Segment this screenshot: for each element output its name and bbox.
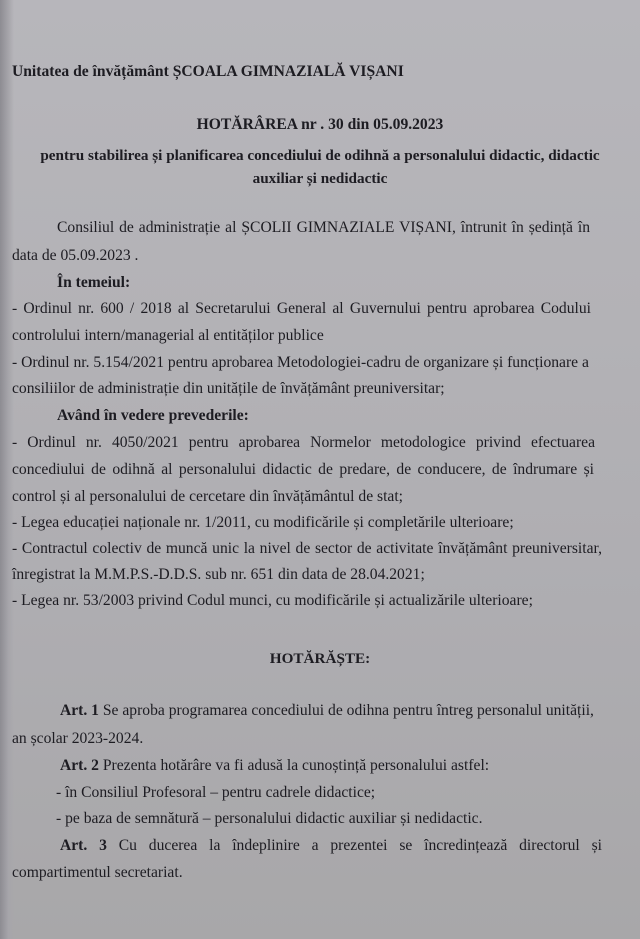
- prevederi-item-2-line1: - Legea educației naționale nr. 1/2011, …: [12, 514, 514, 532]
- prevederi-item-4-line1: - Legea nr. 53/2003 privind Codul munci,…: [12, 592, 533, 610]
- temei-heading: În temeiul:: [57, 274, 130, 292]
- document-subtitle-line2: auxiliar și nedidactic: [0, 170, 640, 188]
- article-2-bullet-2: - pe baza de semnătură – personalului di…: [56, 810, 483, 828]
- prevederi-heading: Având în vedere prevederile:: [57, 407, 249, 425]
- article-3-label: Art. 3: [60, 837, 107, 854]
- article-3-line2: compartimentul secretariat.: [12, 864, 183, 882]
- document-title: HOTĂRÂREA nr . 30 din 05.09.2023: [0, 116, 640, 134]
- article-1-line1: Art. 1 Se aproba programarea concediului…: [60, 702, 594, 720]
- article-3-line1: Art. 3 Cu ducerea la îndeplinire a preze…: [60, 837, 602, 855]
- document-page: Unitatea de învățământ ȘCOALA GIMNAZIALĂ…: [0, 0, 640, 939]
- article-3-text: Cu ducerea la îndeplinire a prezentei se…: [107, 837, 602, 854]
- intro-line1: Consiliul de administrație al ȘCOLII GIM…: [57, 219, 590, 237]
- prevederi-item-3-line1: - Contractul colectiv de muncă unic la n…: [12, 540, 602, 558]
- prevederi-item-1-line2: concediului de odihnă al personalului di…: [12, 461, 594, 479]
- article-2-line1: Art. 2 Prezenta hotărâre va fi adusă la …: [60, 757, 489, 775]
- prevederi-item-1-line1: - Ordinul nr. 4050/2021 pentru aprobarea…: [12, 434, 595, 452]
- temei-item-2-line1: - Ordinul nr. 5.154/2021 pentru aprobare…: [12, 354, 589, 372]
- intro-line2: data de 05.09.2023 .: [12, 247, 138, 265]
- article-1-line2: an școlar 2023-2024.: [12, 730, 143, 748]
- article-2-text: Prezenta hotărâre va fi adusă la cunoști…: [99, 757, 489, 774]
- article-2-bullet-1: - în Consiliul Profesoral – pentru cadre…: [56, 784, 375, 802]
- temei-item-1-line1: - Ordinul nr. 600 / 2018 al Secretarului…: [12, 300, 591, 318]
- article-1-label: Art. 1: [60, 702, 99, 719]
- temei-item-2-line2: consiliilor de administrație din unități…: [12, 380, 445, 398]
- article-1-text: Se aproba programarea concediului de odi…: [99, 702, 594, 719]
- document-subtitle-line1: pentru stabilirea și planificarea conced…: [0, 147, 640, 165]
- unit-line: Unitatea de învățământ ȘCOALA GIMNAZIALĂ…: [12, 63, 404, 81]
- article-2-label: Art. 2: [60, 757, 99, 774]
- decision-heading: HOTĂRĂȘTE:: [0, 650, 640, 668]
- prevederi-item-1-line3: control și al personalului de cercetare …: [12, 488, 403, 506]
- prevederi-item-3-line2: înregistrat la M.M.P.S.-D.D.S. sub nr. 6…: [12, 566, 425, 584]
- temei-item-1-line2: controlului intern/managerial al entităț…: [12, 327, 324, 345]
